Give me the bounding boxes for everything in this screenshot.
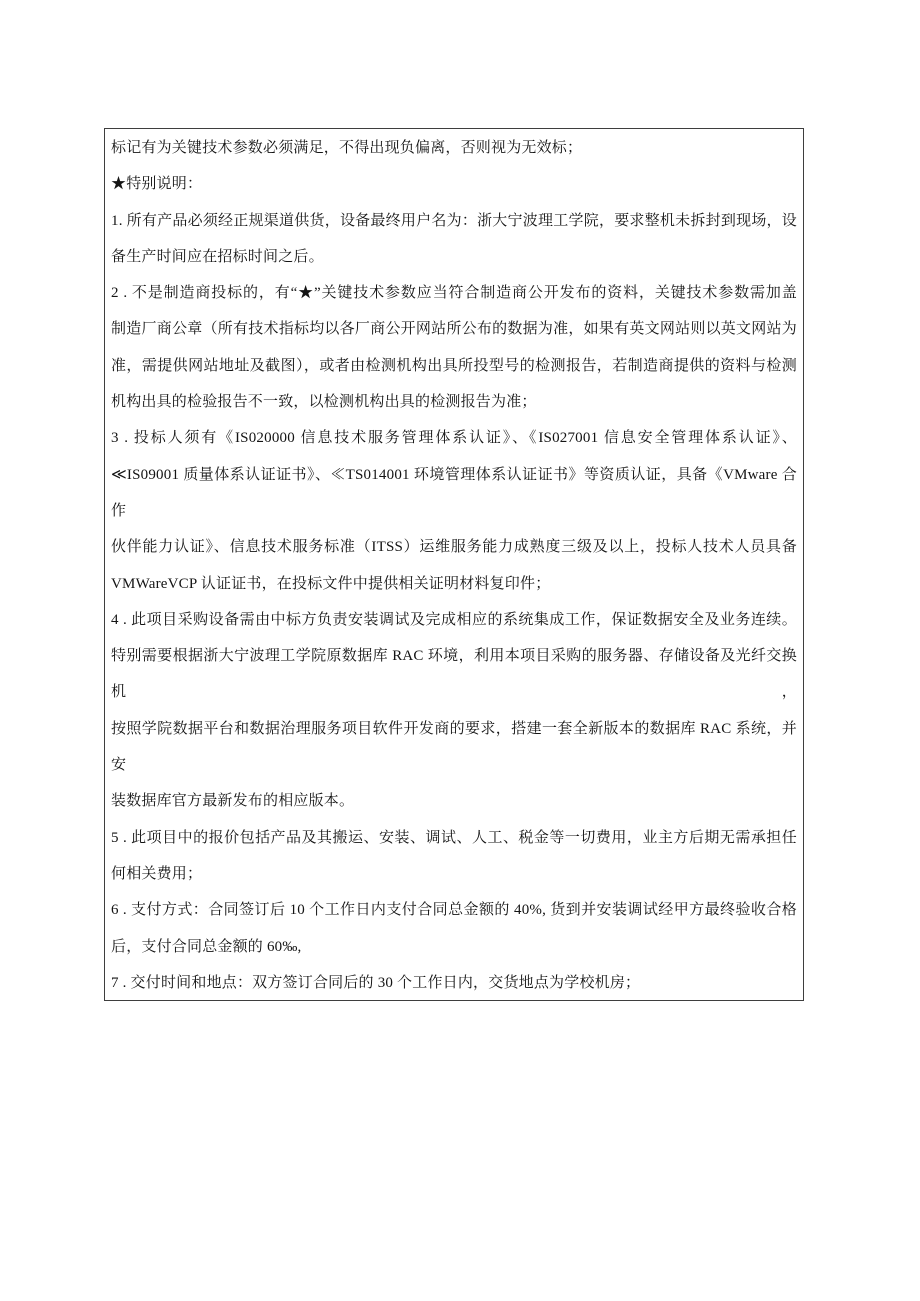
special-notes-cell: 标记有为关键技术参数必须满足，不得出现负偏离，否则视为无效标；★特别说明：1. …	[104, 128, 804, 1001]
text-line: 伙伴能力认证》、信息技术服务标准（ITSS）运维服务能力成熟度三级及以上，投标人…	[111, 529, 797, 565]
text-line: 5 . 此项目中的报价包括产品及其搬运、安装、调试、人工、税金等一切费用，业主方…	[111, 820, 797, 856]
text-line: 后，支付合同总金额的 60‰,	[111, 929, 797, 965]
text-line: 7 . 交付时间和地点：双方签订合同后的 30 个工作日内，交货地点为学校机房；	[111, 965, 797, 1001]
paragraph-8: 6 . 支付方式：合同签订后 10 个工作日内支付合同总金额的 40%, 货到并…	[111, 892, 797, 965]
text-line: 装数据库官方最新发布的相应版本。	[111, 783, 797, 819]
text-line: 按照学院数据平台和数据治理服务项目软件开发商的要求，搭建一套全新版本的数据库 R…	[111, 711, 797, 784]
paragraph-7: 5 . 此项目中的报价包括产品及其搬运、安装、调试、人工、税金等一切费用，业主方…	[111, 820, 797, 893]
text-line: 1. 所有产品必须经正规渠道供货，设备最终用户名为：浙大宁波理工学院，要求整机未…	[111, 203, 797, 239]
text-line: 备生产时间应在招标时间之后。	[111, 239, 797, 275]
paragraph-2: ★特别说明：	[111, 166, 797, 202]
text-line: 何相关费用；	[111, 856, 797, 892]
text-line: 标记有为关键技术参数必须满足，不得出现负偏离，否则视为无效标；	[111, 130, 797, 166]
text-line: 3 . 投标人须有《IS020000 信息技术服务管理体系认证》、《IS0270…	[111, 420, 797, 456]
paragraph-1: 标记有为关键技术参数必须满足，不得出现负偏离，否则视为无效标；	[111, 130, 797, 166]
document-page: 标记有为关键技术参数必须满足，不得出现负偏离，否则视为无效标；★特别说明：1. …	[0, 0, 920, 1301]
text-line: 4 . 此项目采购设备需由中标方负责安装调试及完成相应的系统集成工作，保证数据安…	[111, 602, 797, 638]
paragraph-4: 2 . 不是制造商投标的，有“★”关键技术参数应当符合制造商公开发布的资料，关键…	[111, 275, 797, 420]
text-line: 特别需要根据浙大宁波理工学院原数据库 RAC 环境，利用本项目采购的服务器、存储…	[111, 638, 797, 711]
text-line: 准，需提供网站地址及截图），或者由检测机构出具所投型号的检测报告，若制造商提供的…	[111, 348, 797, 384]
text-line: 制造厂商公章（所有技术指标均以各厂商公开网站所公布的数据为准，如果有英文网站则以…	[111, 311, 797, 347]
text-line: 6 . 支付方式：合同签订后 10 个工作日内支付合同总金额的 40%, 货到并…	[111, 892, 797, 928]
text-line: 机构出具的检验报告不一致，以检测机构出具的检测报告为准；	[111, 384, 797, 420]
text-line: ★特别说明：	[111, 166, 797, 202]
text-line: 2 . 不是制造商投标的，有“★”关键技术参数应当符合制造商公开发布的资料，关键…	[111, 275, 797, 311]
paragraph-6: 4 . 此项目采购设备需由中标方负责安装调试及完成相应的系统集成工作，保证数据安…	[111, 602, 797, 820]
paragraph-5: 3 . 投标人须有《IS020000 信息技术服务管理体系认证》、《IS0270…	[111, 420, 797, 601]
text-line: ≪IS09001 质量体系认证证书》、≪TS014001 环境管理体系认证证书》…	[111, 457, 797, 530]
text-line: VMWareVCP 认证证书，在投标文件中提供相关证明材料复印件；	[111, 566, 797, 602]
paragraph-9: 7 . 交付时间和地点：双方签订合同后的 30 个工作日内，交货地点为学校机房；	[111, 965, 797, 1001]
paragraph-3: 1. 所有产品必须经正规渠道供货，设备最终用户名为：浙大宁波理工学院，要求整机未…	[111, 203, 797, 276]
